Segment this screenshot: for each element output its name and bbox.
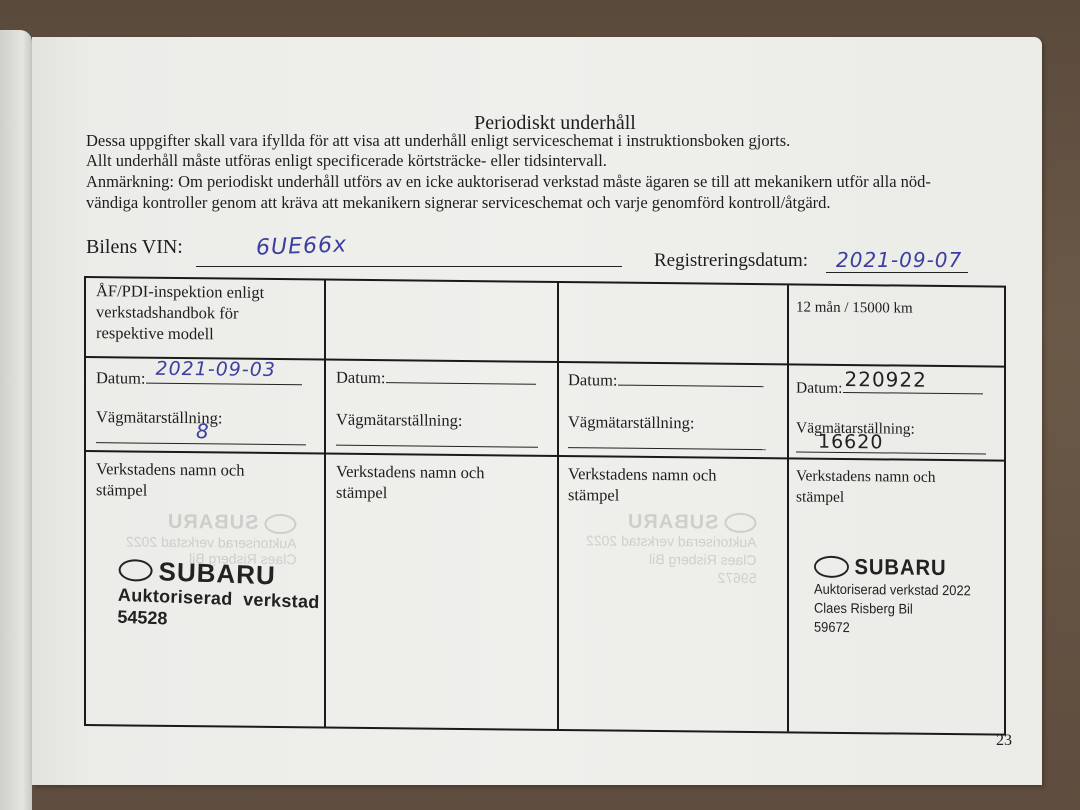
stamp-brand: SUBARU (158, 557, 276, 589)
col4-date-row: Datum:220922 (796, 375, 983, 400)
date-label: Datum: (336, 368, 386, 388)
previous-page-edge (0, 30, 32, 810)
date-field[interactable]: 220922 (843, 376, 983, 394)
col3-ghost-stamp: SUBARU Auktoriserad verkstad 2022 Claes … (586, 511, 756, 587)
header-line: verkstadshandbok för (96, 301, 264, 324)
service-schedule-table: ÅF/PDI-inspektion enligt verkstadshandbo… (84, 276, 1006, 736)
stamp-line: Auktoriserad verkstad 2022 (126, 533, 296, 551)
odometer-value: 16620 (818, 432, 883, 454)
header-line: respektive modell (96, 322, 264, 345)
col3-odometer-field[interactable] (568, 429, 766, 450)
label-line: stämpel (568, 484, 716, 507)
stamp-brand: SUBARU (167, 511, 259, 535)
label-line: Verkstadens namn och (568, 463, 716, 486)
column-divider (324, 281, 326, 727)
label-line: stämpel (796, 486, 935, 508)
label-line: stämpel (96, 479, 244, 502)
col2-workshop-label: Verkstadens namn och stämpel (336, 461, 484, 505)
col4-workshop-label: Verkstadens namn och stämpel (796, 465, 935, 508)
col2-odometer-field[interactable] (336, 427, 538, 448)
label-line: stämpel (336, 482, 484, 505)
stamp-line: Auktoriserad verkstad 2022 (814, 580, 971, 601)
odometer-value: 8 (196, 421, 210, 442)
label-line: Verkstadens namn och (796, 465, 935, 487)
date-label: Datum: (96, 368, 146, 388)
col1-workshop-label: Verkstadens namn och stämpel (96, 458, 244, 502)
label-line: Verkstadens namn och (96, 458, 244, 481)
stamp-line: Claes Risberg Bil (586, 549, 756, 569)
intro-line: Dessa uppgifter skall vara ifyllda för a… (86, 130, 931, 151)
column-divider (787, 285, 789, 731)
vin-value[interactable]: 6UE66x (256, 232, 348, 260)
date-label: Datum: (796, 379, 843, 396)
date-field[interactable] (386, 368, 536, 385)
col2-date-row: Datum: (336, 367, 536, 390)
stamp-line: Claes Risberg Bil (814, 599, 971, 620)
stamp-brand: SUBARU (854, 554, 946, 581)
col4-workshop-stamp: SUBARU Auktoriserad verkstad 2022 Claes … (814, 554, 971, 639)
subaru-logo-icon (118, 559, 153, 582)
col1-odometer-field[interactable]: 8 (96, 424, 306, 445)
col1-workshop-stamp: SUBARU Auktoriserad verkstad 54528 (117, 556, 321, 635)
col1-header: ÅF/PDI-inspektion enligt verkstadshandbo… (96, 280, 264, 345)
registration-value[interactable]: 2021-09-07 (836, 248, 962, 272)
date-label: Datum: (568, 370, 618, 390)
stamp-line: 59672 (586, 567, 756, 587)
intro-line: Allt underhåll måste utföras enligt spec… (86, 150, 931, 171)
vin-label: Bilens VIN: (86, 236, 183, 259)
col4-header: 12 mån / 15000 km (796, 297, 913, 319)
vin-field-line (196, 266, 622, 267)
col3-workshop-label: Verkstadens namn och stämpel (568, 463, 716, 507)
col1-date-row: Datum:2021-09-03 (96, 364, 302, 390)
header-line: ÅF/PDI-inspektion enligt (96, 280, 264, 303)
date-field[interactable] (618, 371, 764, 388)
stamp-brand: SUBARU (627, 513, 719, 532)
registration-label: Registreringsdatum: (654, 250, 808, 272)
registration-field-line (826, 272, 968, 273)
intro-line: vändiga kontroller genom att kräva att m… (86, 192, 931, 213)
date-value: 2021-09-03 (156, 359, 276, 381)
date-field[interactable]: 2021-09-03 (146, 365, 302, 386)
label-line: Verkstadens namn och (336, 461, 484, 484)
stamp-line: Auktoriserad verkstad 2022 (586, 531, 756, 551)
col3-date-row: Datum: (568, 369, 764, 392)
column-divider (557, 283, 559, 729)
subaru-logo-icon (814, 556, 849, 578)
intro-line: Anmärkning: Om periodiskt underhåll utfö… (86, 171, 931, 192)
date-value: 220922 (845, 369, 927, 391)
subaru-logo-icon (724, 513, 756, 533)
intro-text: Dessa uppgifter skall vara ifyllda för a… (86, 130, 931, 213)
subaru-logo-icon (264, 513, 296, 533)
stamp-line: 59672 (814, 618, 971, 639)
col4-odometer-field[interactable]: 16620 (796, 435, 986, 454)
page-number: 23 (996, 732, 1012, 750)
